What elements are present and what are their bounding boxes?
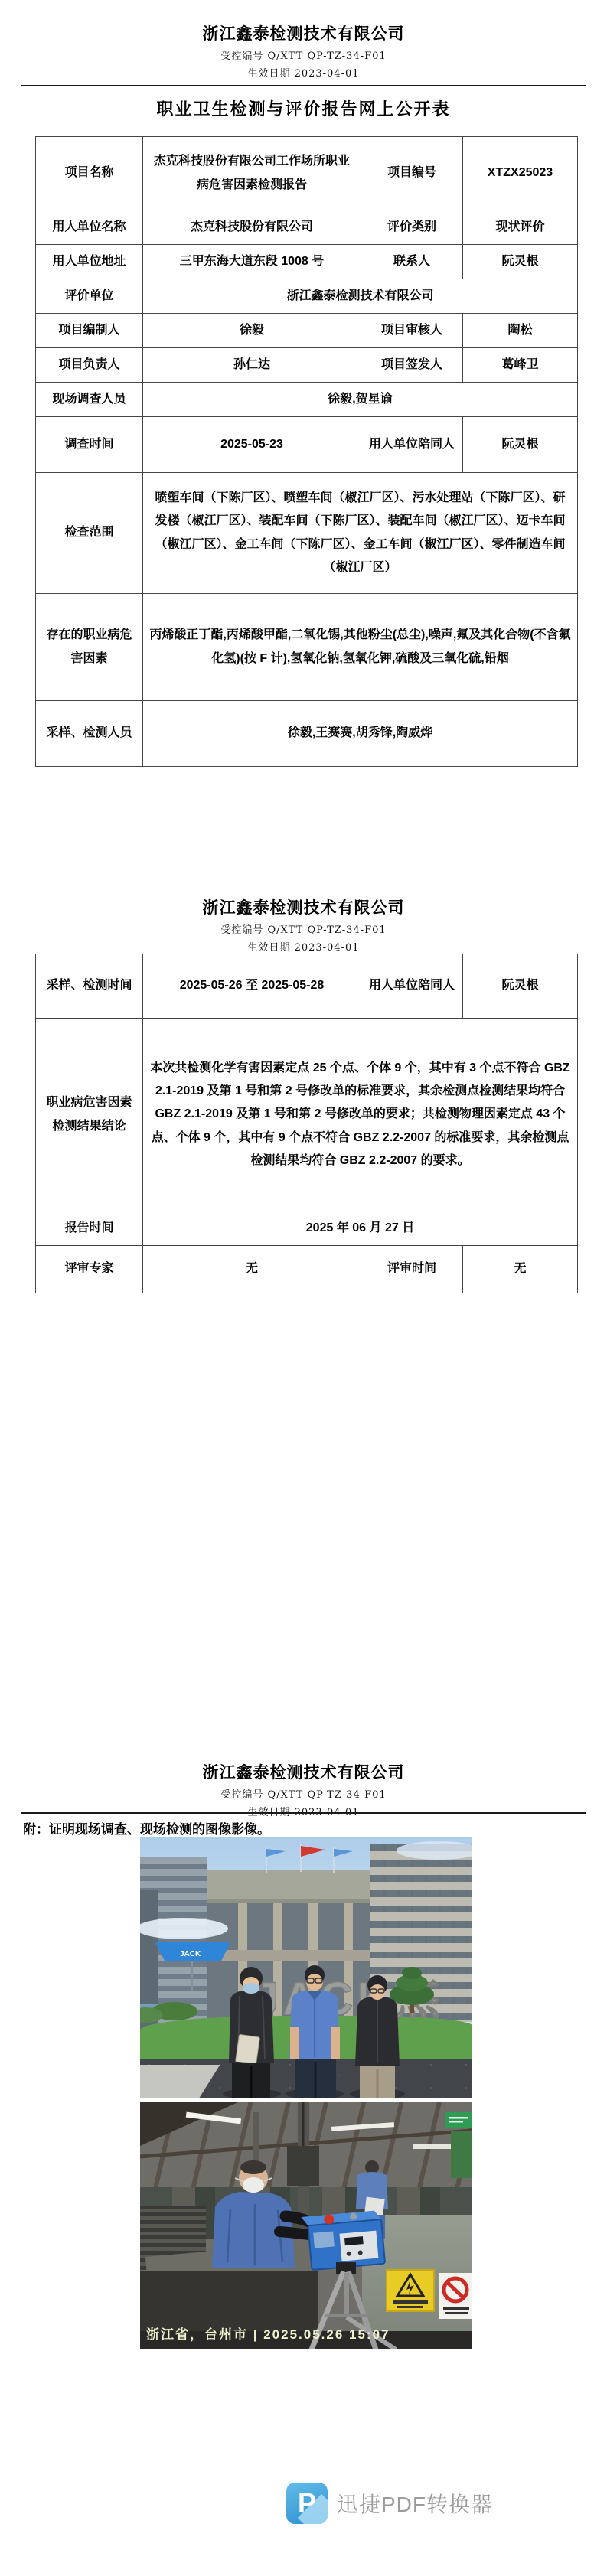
table-cell-value: 浙江鑫泰检测技术有限公司	[143, 279, 578, 314]
company-name: 浙江鑫泰检测技术有限公司	[0, 1760, 607, 1783]
table-cell-label: 用人单位名称	[36, 210, 143, 245]
canopy: JACK	[155, 1942, 230, 1991]
table-cell-label: 项目名称	[36, 137, 143, 210]
table-cell-label: 存在的职业病危害因素	[36, 594, 143, 701]
green-machine	[451, 2131, 472, 2178]
results-table: 采样、检测时间 2025-05-26 至 2025-05-28 用人单位陪同人 …	[35, 954, 578, 1293]
table-cell-value: XTZX25023	[463, 137, 578, 210]
table-cell-value: 徐毅,王赛赛,胡秀锋,陶威烨	[143, 701, 578, 767]
table-cell-value: 阮灵根	[463, 245, 578, 279]
table-cell-label: 评审专家	[36, 1246, 143, 1293]
table-cell-value: 杰克科技股份有限公司工作场所职业病危害因素检测报告	[143, 137, 361, 210]
pdf-converter-logo-icon: P	[286, 2483, 328, 2524]
table-cell-label: 项目负责人	[36, 348, 143, 383]
table-cell-value: 杰克科技股份有限公司	[143, 210, 361, 245]
document-page: 浙江鑫泰检测技术有限公司 受控编号 Q/XTT QP-TZ-34-F01 生效日…	[0, 0, 607, 2576]
table-cell-value: 本次共检测化学有害因素定点 25 个点、个体 9 个，其中有 3 个点不符合 G…	[143, 1019, 578, 1211]
table-cell-label: 采样、检测人员	[36, 701, 143, 767]
table-cell-value: 徐毅,贺星谕	[143, 383, 578, 417]
table-cell-value: 现状评价	[463, 210, 578, 245]
table-cell-label: 调查时间	[36, 417, 143, 473]
site-photo-outdoor: JACK杰 JACK	[140, 1837, 472, 2098]
measuring-instrument	[301, 2209, 385, 2270]
table-cell-label: 项目编号	[361, 137, 463, 210]
canopy-text: JACK	[180, 1950, 201, 1958]
project-info-table: 项目名称 杰克科技股份有限公司工作场所职业病危害因素检测报告 项目编号 XTZX…	[35, 136, 578, 767]
table-cell-label: 联系人	[361, 245, 463, 279]
table-cell-value: 无	[143, 1246, 361, 1293]
prohibition-sign	[439, 2273, 472, 2319]
doc-header-2: 浙江鑫泰检测技术有限公司 受控编号 Q/XTT QP-TZ-34-F01 生效日…	[0, 895, 607, 954]
doc-header-3: 浙江鑫泰检测技术有限公司 受控编号 Q/XTT QP-TZ-34-F01 生效日…	[0, 1760, 607, 1818]
control-number: 受控编号 Q/XTT QP-TZ-34-F01	[0, 1786, 607, 1801]
table-cell-value: 孙仁达	[143, 348, 361, 383]
control-number: 受控编号 Q/XTT QP-TZ-34-F01	[0, 921, 607, 936]
table-cell-value: 喷塑车间（下陈厂区）、喷塑车间（椒江厂区）、污水处理站（下陈厂区）、研发楼（椒江…	[143, 473, 578, 594]
table-cell-label: 职业病危害因素检测结果结论	[36, 1019, 143, 1211]
table-cell-label: 现场调查人员	[36, 383, 143, 417]
table-cell-label: 用人单位陪同人	[361, 417, 463, 473]
table-cell-value: 阮灵根	[463, 954, 578, 1019]
photo-timestamp: 浙江省，台州市 | 2025.05.26 15:07	[146, 2327, 390, 2343]
table-cell-value: 徐毅	[143, 314, 361, 348]
photo2-overlay: 浙江省，台州市 | 2025.05.26 15:07	[140, 2102, 472, 2349]
electric-warning-sign	[387, 2270, 434, 2311]
table-cell-value: 2025 年 06 月 27 日	[143, 1211, 578, 1246]
table-cell-label: 项目审核人	[361, 314, 463, 348]
table-cell-value: 葛峰卫	[463, 348, 578, 383]
brand-text: 迅捷PDF转换器	[337, 2488, 493, 2519]
table-cell-label: 项目签发人	[361, 348, 463, 383]
table-cell-value: 三甲东海大道东段 1008 号	[143, 245, 361, 279]
table-cell-label: 评价类别	[361, 210, 463, 245]
header-divider	[21, 1812, 586, 1814]
logo-letter: P	[298, 2487, 316, 2519]
effective-date: 生效日期 2023-04-01	[0, 939, 607, 954]
header-divider	[21, 85, 586, 86]
table-cell-value: 陶松	[463, 314, 578, 348]
company-name: 浙江鑫泰检测技术有限公司	[0, 895, 607, 918]
company-name: 浙江鑫泰检测技术有限公司	[0, 21, 607, 44]
table-cell-label: 检查范围	[36, 473, 143, 594]
table-cell-value: 2025-05-23	[143, 417, 361, 473]
effective-date: 生效日期 2023-04-01	[0, 1804, 607, 1818]
effective-date: 生效日期 2023-04-01	[0, 65, 607, 80]
table-cell-value: 丙烯酸正丁酯,丙烯酸甲酯,二氧化锡,其他粉尘(总尘),噪声,氟及其化合物(不含氟…	[143, 594, 578, 701]
site-photo-workshop: 浙江省，台州市 | 2025.05.26 15:07	[140, 2102, 472, 2349]
table-cell-label: 报告时间	[36, 1211, 143, 1246]
control-number: 受控编号 Q/XTT QP-TZ-34-F01	[0, 47, 607, 62]
attachment-note: 附：证明现场调查、现场检测的图像影像。	[23, 1818, 270, 1837]
table-cell-label: 用人单位陪同人	[361, 954, 463, 1019]
table-cell-value: 无	[463, 1246, 578, 1293]
green-sign	[445, 2112, 472, 2128]
table-cell-label: 评价单位	[36, 279, 143, 314]
table-cell-label: 采样、检测时间	[36, 954, 143, 1019]
table-cell-label: 用人单位地址	[36, 245, 143, 279]
photo1-overlay: JACK杰 JACK	[140, 1837, 472, 2098]
doc-header-1: 浙江鑫泰检测技术有限公司 受控编号 Q/XTT QP-TZ-34-F01 生效日…	[0, 21, 607, 80]
pdf-converter-brand: P 迅捷PDF转换器	[286, 2482, 493, 2525]
table-cell-value: 2025-05-26 至 2025-05-28	[143, 954, 361, 1019]
page-title: 职业卫生检测与评价报告网上公开表	[0, 96, 607, 120]
flags	[266, 1844, 353, 1873]
table-cell-label: 项目编制人	[36, 314, 143, 348]
table-cell-value: 阮灵根	[463, 417, 578, 473]
table-cell-label: 评审时间	[361, 1246, 463, 1293]
